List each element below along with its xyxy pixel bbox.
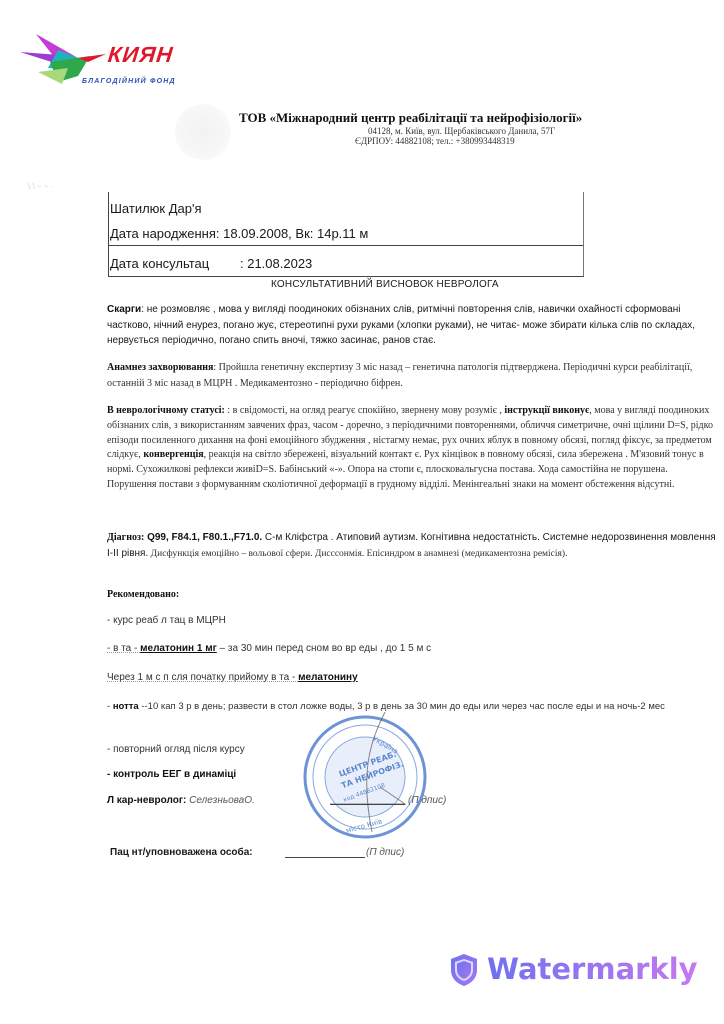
document-title: КОНСУЛЬТАТИВНИЙ ВИСНОВОК НЕВРОЛОГА bbox=[271, 279, 499, 290]
recommendation-item: - курс реаб л тац в МЦРН bbox=[107, 615, 226, 626]
complaints-text: : не розмовляє , мова у вигляді поодинок… bbox=[107, 304, 695, 346]
diagnosis-codes: Q99, F84.1, F80.1.,F71.0. bbox=[144, 532, 262, 543]
patient-dob: Дата народження: 18.09.2008, Вк: 14р.11 … bbox=[110, 226, 368, 241]
watermark-shield-icon bbox=[448, 952, 480, 988]
diagnosis-label: Діагноз: bbox=[107, 532, 144, 543]
recommendation-item: - повторний огляд після курсу bbox=[107, 744, 245, 755]
patient-box-divider bbox=[109, 245, 583, 246]
anamnesis-section: Анамнез захворювання: Пройшла генетичну … bbox=[107, 360, 717, 391]
organization-edrpou: ЄДРПОУ: 44882108; тел.: +380993448319 bbox=[355, 136, 515, 146]
patient-signature-line bbox=[285, 857, 365, 858]
complaints-section: Скарги: не розмовляє , мова у вигляді по… bbox=[107, 302, 717, 349]
neuro-status-label: В неврологічному статусі: bbox=[107, 405, 225, 416]
watermark-text: Watermarkly bbox=[487, 952, 698, 986]
diagnosis-section: Діагноз: Q99, F84.1, F80.1.,F71.0. С-м К… bbox=[107, 530, 717, 562]
doctor-signature-hint: (П дпис) bbox=[408, 795, 446, 806]
anamnesis-label: Анамнез захворювання bbox=[107, 362, 213, 373]
neuro-status-bold-2: конвергенція bbox=[143, 449, 203, 460]
patient-signature-label: Пац нт/уповноважена особа: bbox=[110, 847, 253, 858]
logo-name: КИЯН bbox=[107, 42, 175, 68]
doctor-signature-row: Л кар-невролог: СелезньоваО. bbox=[107, 795, 255, 806]
neuro-status-text-1: : в свідомості, на огляд реагує спокійно… bbox=[225, 405, 505, 416]
doctor-label: Л кар-невролог: bbox=[107, 795, 186, 806]
organization-title: ТОВ «Міжнародний центр реабілітації та н… bbox=[239, 110, 582, 126]
doctor-signature-line bbox=[330, 804, 405, 805]
recommendation-item: - контроль ЕЕГ в динаміці bbox=[107, 769, 236, 780]
neuro-status-section: В неврологічному статусі: : в свідомості… bbox=[107, 404, 717, 493]
neuro-status-bold-1: інструкції виконує bbox=[504, 405, 589, 416]
faint-scribble: \ \ ~ ~ · bbox=[28, 182, 53, 191]
patient-name: Шатилюк Дар'я bbox=[110, 201, 202, 216]
logo-subtitle: БЛАГОДІЙНИЙ ФОНД bbox=[82, 78, 176, 85]
official-stamp-icon: Україна ЦЕНТР РЕАБ. ТА НЕЙРОФІЗ. код 448… bbox=[300, 712, 430, 842]
consult-date-value: : 21.08.2023 bbox=[240, 256, 312, 271]
faint-seal-mark bbox=[175, 104, 231, 160]
svg-text:місто Київ: місто Київ bbox=[345, 817, 383, 834]
consult-date-label: Дата консультац bbox=[110, 256, 209, 271]
diagnosis-text-2: Дисфункція емоційно – вольової сфери. Ди… bbox=[148, 549, 567, 559]
recommendation-item: Через 1 м с п сля початку прийому в та -… bbox=[107, 672, 358, 683]
patient-signature-hint: (П дпис) bbox=[366, 847, 404, 858]
recommendations-label: Рекомендовано: bbox=[107, 589, 179, 600]
complaints-label: Скарги bbox=[107, 304, 141, 315]
recommendation-item: - в та - мелатонин 1 мг – за 30 мин пере… bbox=[107, 643, 431, 654]
organization-address: 04128, м. Київ, вул. Щербаківського Дани… bbox=[368, 126, 555, 136]
doctor-name: СелезньоваО. bbox=[189, 795, 255, 806]
